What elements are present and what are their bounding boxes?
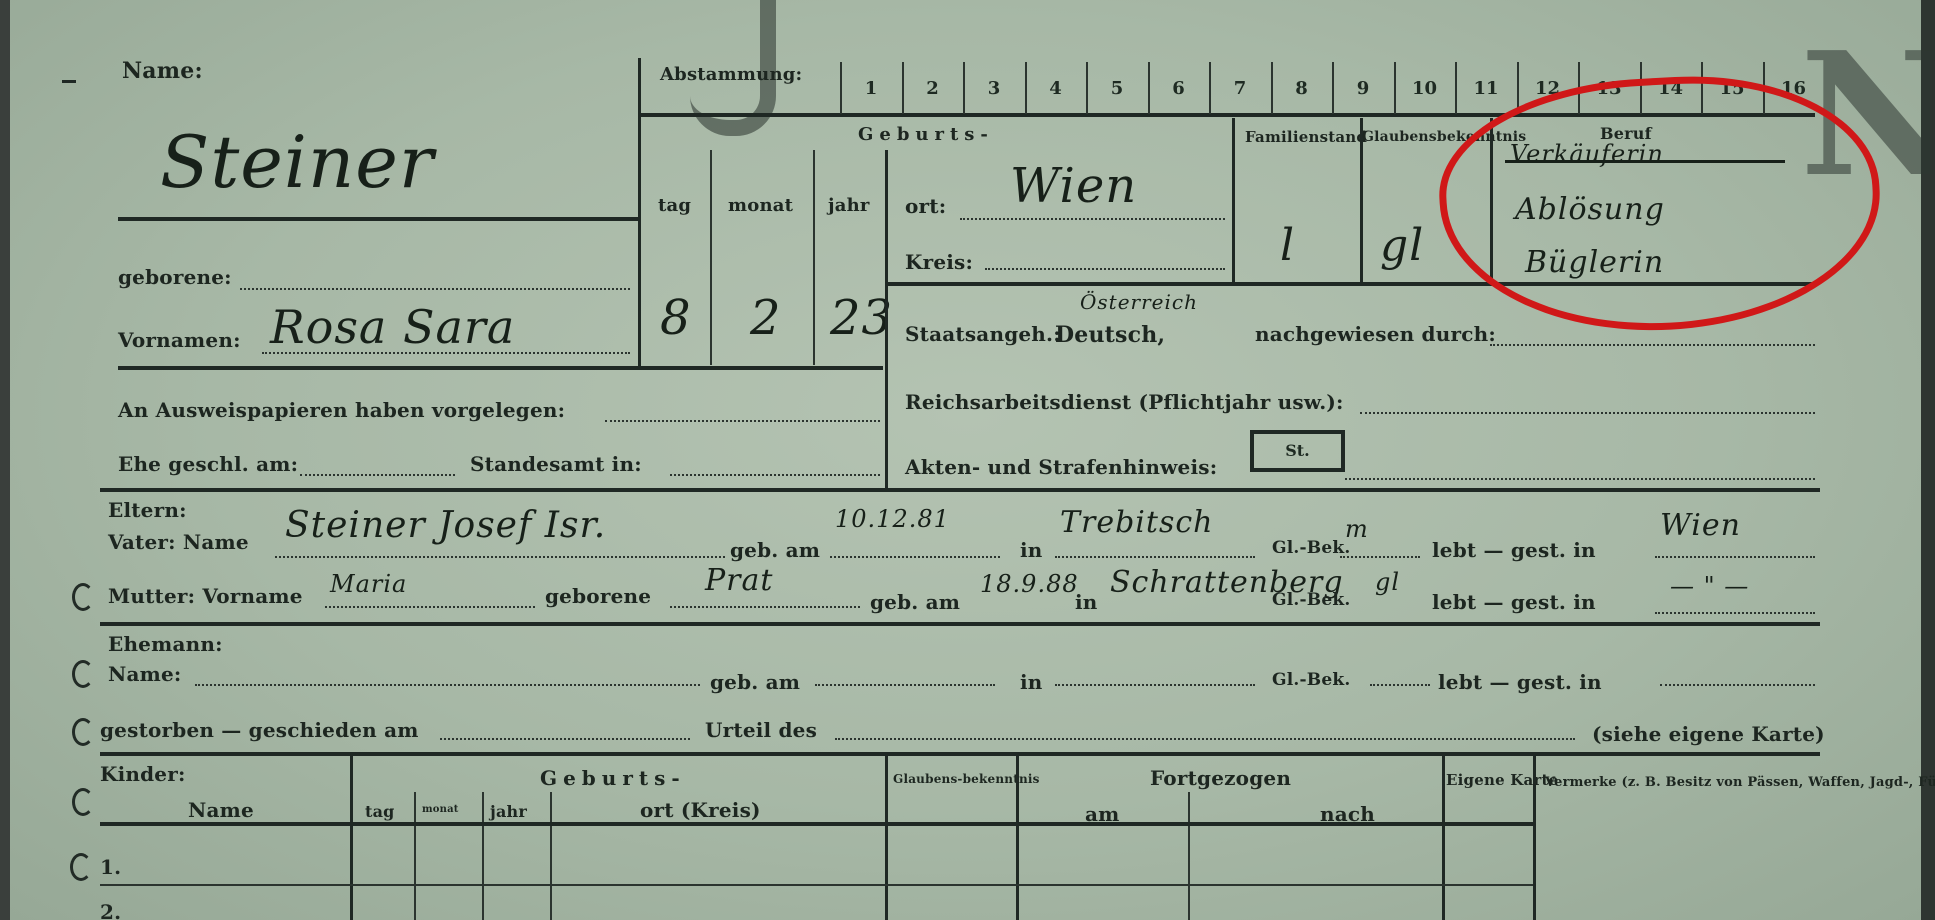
ehe-label: Ehe geschl. am: [118,452,298,476]
mutter-lebt-label: lebt — gest. in [1432,590,1596,614]
ehemann-glbek-field [1370,684,1430,686]
vornamen-value: Rosa Sara [270,300,515,354]
tag-value: 8 [660,290,692,346]
vater-in-label: in [1020,538,1043,562]
abstammung-col-2: 2 [913,78,953,99]
glaubensbekenntnis-value: gl [1380,220,1424,271]
kinder-row-1-rule [100,884,1533,886]
vornamen-field [262,352,630,354]
name-label: Name: [122,58,203,84]
ehemann-geb-field [815,684,995,686]
ehemann-name-field [195,684,700,686]
vater-glbek-field [1340,556,1420,558]
kinder-div-name [350,752,353,920]
mutter-geb-value: 18.9.88 [980,570,1079,598]
vater-lebt-label: lebt — gest. in [1432,538,1596,562]
abstammung-col-5: 5 [1097,78,1137,99]
mutter-lebt-field [1655,612,1815,614]
geborene-label: geborene: [118,265,232,289]
akten-stamp: St. [1250,430,1345,472]
urteil-field [835,738,1575,740]
punch-hole-3 [72,718,94,746]
vornamen-bottom-rule [118,366,883,370]
ausweis-label: An Ausweispapieren haben vorgelegen: [118,398,565,422]
eltern-header: Eltern: [108,498,187,522]
mutter-glbek-label: Gl.-Bek. [1272,590,1350,610]
kinder-div-am [1188,792,1190,920]
section-rule-3 [100,752,1820,756]
abstammung-col-divider [902,62,904,114]
ort-label: ort: [905,194,946,218]
abstammung-col-divider [1086,62,1088,114]
abstammung-col-4: 4 [1036,78,1076,99]
glaubensbekenntnis-label: Glaubensbekenntnis [1362,128,1462,146]
abstammung-col-8: 8 [1282,78,1322,99]
monat-label: monat [728,195,793,216]
mutter-vorname: Maria [330,570,407,598]
vater-geb-value: 10.12.81 [835,505,950,533]
abstammung-col-divider [1455,62,1457,114]
staatsangeh-correction: Österreich [1080,290,1198,314]
mutter-geborene-label: geborene [545,584,651,608]
kinder-div-glaubens [1016,752,1019,920]
ehemann-header: Ehemann: [108,632,223,656]
abstammung-label: Abstammung: [660,64,802,85]
nachgewiesen-label: nachgewiesen durch: [1255,322,1496,346]
monat-value: 2 [750,290,782,346]
kinder-div-karte [1533,752,1536,920]
birth-col-div-1 [710,150,712,365]
vater-in-value: Trebitsch [1060,505,1213,540]
mutter-in-label: in [1075,590,1098,614]
vater-geb-field [830,556,1000,558]
section-rule-2 [100,622,1820,626]
kinder-col-vermerke: Vermerke (z. B. Besitz von Pässen, Waffe… [1545,773,1825,792]
kreis-label: Kreis: [905,250,973,274]
reichsarbeitsdienst-field [1360,412,1815,414]
mutter-geborene-field [670,606,860,608]
ort-value: Wien [1010,158,1137,214]
abstammung-col-3: 3 [974,78,1014,99]
abstammung-col-divider [1209,62,1211,114]
vater-glbek-label: Gl.-Bek. [1272,538,1350,558]
kinder-col-ort: ort (Kreis) [640,798,761,822]
punch-hole-1 [72,583,94,611]
ehemann-lebt-label: lebt — gest. in [1438,670,1602,694]
kinder-row-1-index: 1. [100,855,121,879]
vater-in-field [1055,556,1255,558]
kinder-header: Kinder: [100,762,186,786]
vater-name-field [275,556,725,558]
vater-label: Vater: Name [108,530,249,554]
kinder-col-jahr: jahr [490,802,527,821]
abstammung-col-6: 6 [1159,78,1199,99]
tag-label: tag [658,195,691,216]
gestorben-label: gestorben — geschieden am [100,718,419,742]
vater-lebt-value: Wien [1660,508,1741,543]
geborene-field [240,288,630,290]
ehemann-in-field [1055,684,1255,686]
staatsangeh-label: Staatsangeh.: [905,322,1061,346]
kinder-row-2-index: 2. [100,900,121,920]
ehemann-geb-label: geb. am [710,670,800,694]
name-value: Steiner [160,120,434,204]
geburts-header: Geburts- [858,124,994,145]
abstammung-col-divider [1271,62,1273,114]
kinder-div-tag [414,792,416,920]
abstammung-col-divider [1394,62,1396,114]
abstammung-col-divider [840,62,842,114]
ausweis-field [605,420,880,422]
ehemann-glbek-label: Gl.-Bek. [1272,670,1350,690]
reichsarbeitsdienst-label: Reichsarbeitsdienst (Pflichtjahr usw.): [905,390,1344,414]
vater-geb-label: geb. am [730,538,820,562]
mutter-vorname-field [325,606,535,608]
registration-card: N Name: Steiner geborene: Vornamen: Rosa… [0,0,1935,920]
vater-lebt-field [1655,556,1815,558]
mutter-geb-label: geb. am [870,590,960,614]
card-left-edge [0,0,10,920]
kinder-div-nach [1442,752,1445,920]
nachgewiesen-field [1490,344,1815,346]
ehe-field [300,474,455,476]
kinder-col-tag: tag [365,802,395,821]
kinder-col-eigene-karte: Eigene Karte [1446,770,1531,790]
kinder-div-ort [885,752,888,920]
standesamt-label: Standesamt in: [470,452,642,476]
vater-glbek-value: m [1345,515,1369,543]
dash-mark [62,80,76,83]
abstammung-col-divider [1332,62,1334,114]
abstammung-col-10: 10 [1405,78,1445,99]
kinder-div-monat [482,792,484,920]
familienstand-label: Familienstand [1245,128,1345,146]
fam-div [1232,118,1235,283]
kinder-col-eigene-karte-text: Eigene Karte [1446,771,1558,789]
kinder-col-glaubens: Glaubens-bekenntnis [893,772,1011,787]
red-circle-annotation [1434,67,1887,342]
mutter-label: Mutter: Vorname [108,584,303,608]
staatsangeh-printed: Deutsch, [1055,322,1165,348]
abstammung-col-divider [1148,62,1150,114]
mutter-lebt-value: — " — [1670,572,1749,600]
urteil-label: Urteil des [705,718,817,742]
kinder-col-fortgezogen: Fortgezogen [1150,766,1291,790]
kinder-header-rule [100,822,1533,826]
kinder-col-vermerke-text: Vermerke (z. B. Besitz von Pässen, Waffe… [1545,775,1935,790]
abstammung-col-divider [1025,62,1027,114]
akten-field [1345,478,1815,480]
section-rule-1 [100,488,1820,492]
familienstand-label-text: Familienstand [1245,128,1367,146]
ort-field [960,218,1225,220]
ehemann-in-label: in [1020,670,1043,694]
kinder-col-name: Name [188,798,254,822]
familienstand-value: l [1280,220,1295,271]
kinder-div-jahr [550,792,552,920]
punch-hole-5 [70,853,92,881]
birth-col-div-2 [813,150,815,365]
vornamen-label: Vornamen: [118,328,241,352]
siehe-label: (siehe eigene Karte) [1592,722,1825,746]
vater-name: Steiner Josef Isr. [285,505,606,546]
gestorben-field [440,738,690,740]
kinder-col-monat: monat [422,804,459,815]
akten-label: Akten- und Strafenhinweis: [905,455,1217,479]
abstammung-col-7: 7 [1220,78,1260,99]
ehemann-name-label: Name: [108,662,182,686]
standesamt-field [670,474,880,476]
name-underline [118,217,638,221]
main-divider [638,58,641,368]
abstammung-col-1: 1 [851,78,891,99]
right-block-div [885,282,888,492]
mutter-geborene-value: Prat [705,563,773,598]
kinder-col-geburts: Geburts- [540,766,686,790]
abstammung-col-11: 11 [1466,78,1506,99]
abstammung-col-divider [963,62,965,114]
jahr-label: jahr [828,195,870,216]
punch-hole-4 [72,788,94,816]
punch-hole-2 [72,660,94,688]
kreis-field [985,268,1225,270]
ehemann-lebt-field [1660,684,1815,686]
jahr-value: 23 [830,290,893,346]
abstammung-col-9: 9 [1343,78,1383,99]
mutter-glbek-value: gl [1375,568,1400,596]
